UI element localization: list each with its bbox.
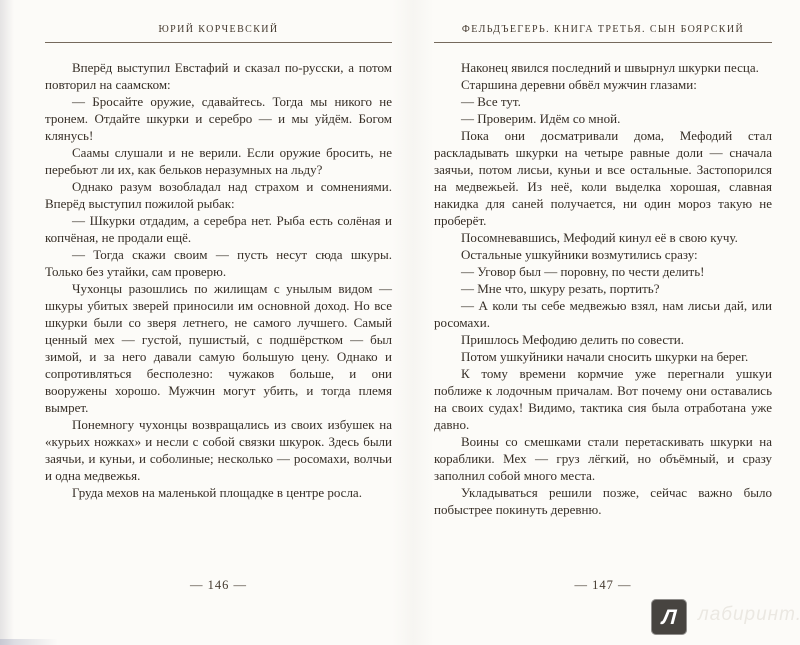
paragraph: Потом ушкуйники начали сносить шкурки на… (434, 348, 772, 365)
paragraph: Посомневавшись, Мефодий кинул её в свою … (434, 229, 772, 246)
paragraph: Пока они досматривали дома, Мефодий стал… (434, 127, 772, 229)
paragraph: Груда мехов на маленькой площадке в цент… (45, 484, 392, 501)
paragraph: — Все тут. (434, 93, 772, 110)
right-page-text: Наконец явился последний и швырнул шкурк… (434, 59, 772, 518)
paragraph: Воины со смешками стали перетаскивать шк… (434, 433, 772, 484)
page-edge-shadow (0, 0, 14, 645)
left-page: ЮРИЙ КОРЧЕВСКИЙ Вперёд выступил Евстафий… (45, 24, 392, 630)
paragraph: — Уговор был — поровну, по чести делить! (434, 263, 772, 280)
paragraph: Наконец явился последний и швырнул шкурк… (434, 59, 772, 76)
paragraph: Пришлось Мефодию делить по совести. (434, 331, 772, 348)
right-page-number: — 147 — (434, 578, 772, 593)
right-running-head: ФЕЛЬДЪЕГЕРЬ. КНИГА ТРЕТЬЯ. СЫН БОЯРСКИЙ (434, 24, 772, 43)
paragraph: Однако разум возобладал над страхом и со… (45, 178, 392, 212)
paragraph: — Тогда скажи своим — пусть несут сюда ш… (45, 246, 392, 280)
labirint-logo-letter: Л (661, 607, 677, 628)
book-gutter-shadow (392, 0, 434, 645)
left-running-head: ЮРИЙ КОРЧЕВСКИЙ (45, 24, 392, 43)
book-scan: { "left_page": { "header": "ЮРИЙ КОРЧЕВС… (0, 0, 800, 645)
paragraph: — Шкурки отдадим, а серебра нет. Рыба ес… (45, 212, 392, 246)
paragraph: Старшина деревни обвёл мужчин глазами: (434, 76, 772, 93)
paragraph: — Бросайте оружие, сдавайтесь. Тогда мы … (45, 93, 392, 144)
paragraph: Понемногу чухонцы возвращались из своих … (45, 416, 392, 484)
paragraph: Укладываться решили позже, сейчас важно … (434, 484, 772, 518)
paragraph: — Мне что, шкуру резать, портить? (434, 280, 772, 297)
right-page: ФЕЛЬДЪЕГЕРЬ. КНИГА ТРЕТЬЯ. СЫН БОЯРСКИЙ … (434, 24, 772, 630)
paragraph: Остальные ушкуйники возмутились сразу: (434, 246, 772, 263)
paragraph: К тому времени кормчие уже перегнали ушк… (434, 365, 772, 433)
paragraph: Саамы слушали и не верили. Если оружие б… (45, 144, 392, 178)
paragraph: — А коли ты себе медвежью взял, нам лись… (434, 297, 772, 331)
left-page-text: Вперёд выступил Евстафий и сказал по-рус… (45, 59, 392, 501)
paragraph: Чухонцы разошлись по жилищам с унылым ви… (45, 280, 392, 416)
labirint-logo: Л (651, 599, 687, 635)
paragraph: — Проверим. Идём со мной. (434, 110, 772, 127)
book-bottom-edge (0, 639, 58, 645)
paragraph: Вперёд выступил Евстафий и сказал по-рус… (45, 59, 392, 93)
left-page-number: — 146 — (45, 578, 392, 593)
